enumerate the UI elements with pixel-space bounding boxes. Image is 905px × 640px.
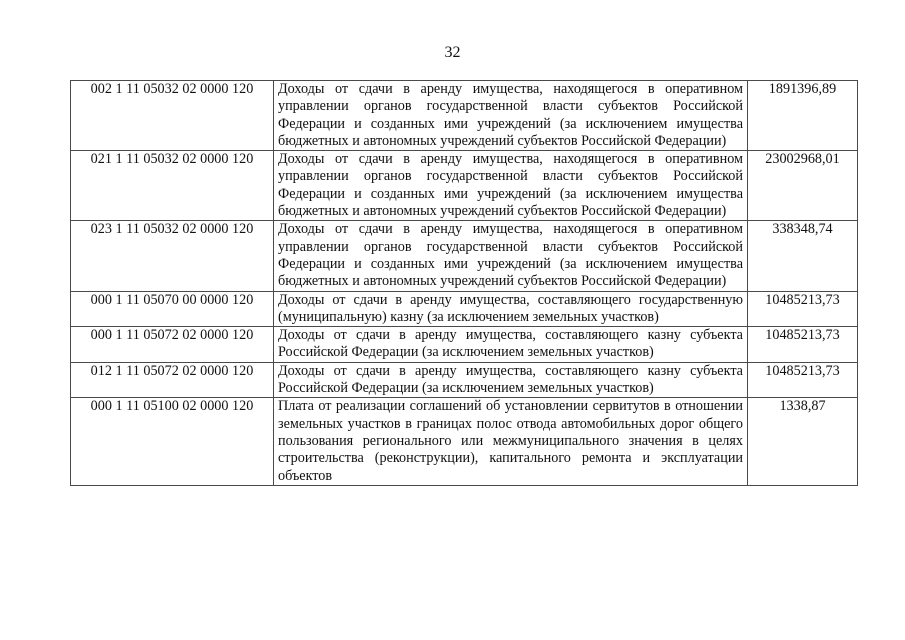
amount-cell: 23002968,01 xyxy=(748,151,858,221)
budget-code-cell: 023 1 11 05032 02 0000 120 xyxy=(71,221,274,291)
amount-cell: 338348,74 xyxy=(748,221,858,291)
budget-code-cell: 000 1 11 05072 02 0000 120 xyxy=(71,327,274,363)
amount-cell: 1891396,89 xyxy=(748,81,858,151)
amount-cell: 10485213,73 xyxy=(748,362,858,398)
description-cell: Доходы от сдачи в аренду имущества, нахо… xyxy=(274,81,748,151)
budget-code-cell: 000 1 11 05070 00 0000 120 xyxy=(71,291,274,327)
description-cell: Плата от реализации соглашений об устано… xyxy=(274,398,748,485)
description-cell: Доходы от сдачи в аренду имущества, нахо… xyxy=(274,221,748,291)
amount-cell: 10485213,73 xyxy=(748,291,858,327)
page-number: 32 xyxy=(0,44,905,62)
table-row: 021 1 11 05032 02 0000 120 Доходы от сда… xyxy=(71,151,858,221)
description-cell: Доходы от сдачи в аренду имущества, нахо… xyxy=(274,151,748,221)
description-cell: Доходы от сдачи в аренду имущества, сост… xyxy=(274,291,748,327)
budget-code-cell: 000 1 11 05100 02 0000 120 xyxy=(71,398,274,485)
budget-revenue-table: 002 1 11 05032 02 0000 120 Доходы от сда… xyxy=(70,80,858,486)
table-row: 012 1 11 05072 02 0000 120 Доходы от сда… xyxy=(71,362,858,398)
description-cell: Доходы от сдачи в аренду имущества, сост… xyxy=(274,362,748,398)
amount-cell: 1338,87 xyxy=(748,398,858,485)
budget-code-cell: 021 1 11 05032 02 0000 120 xyxy=(71,151,274,221)
table-row: 023 1 11 05032 02 0000 120 Доходы от сда… xyxy=(71,221,858,291)
table-row: 000 1 11 05100 02 0000 120 Плата от реал… xyxy=(71,398,858,485)
table-row: 000 1 11 05070 00 0000 120 Доходы от сда… xyxy=(71,291,858,327)
budget-code-cell: 002 1 11 05032 02 0000 120 xyxy=(71,81,274,151)
table-row: 000 1 11 05072 02 0000 120 Доходы от сда… xyxy=(71,327,858,363)
amount-cell: 10485213,73 xyxy=(748,327,858,363)
description-cell: Доходы от сдачи в аренду имущества, сост… xyxy=(274,327,748,363)
table-row: 002 1 11 05032 02 0000 120 Доходы от сда… xyxy=(71,81,858,151)
budget-code-cell: 012 1 11 05072 02 0000 120 xyxy=(71,362,274,398)
